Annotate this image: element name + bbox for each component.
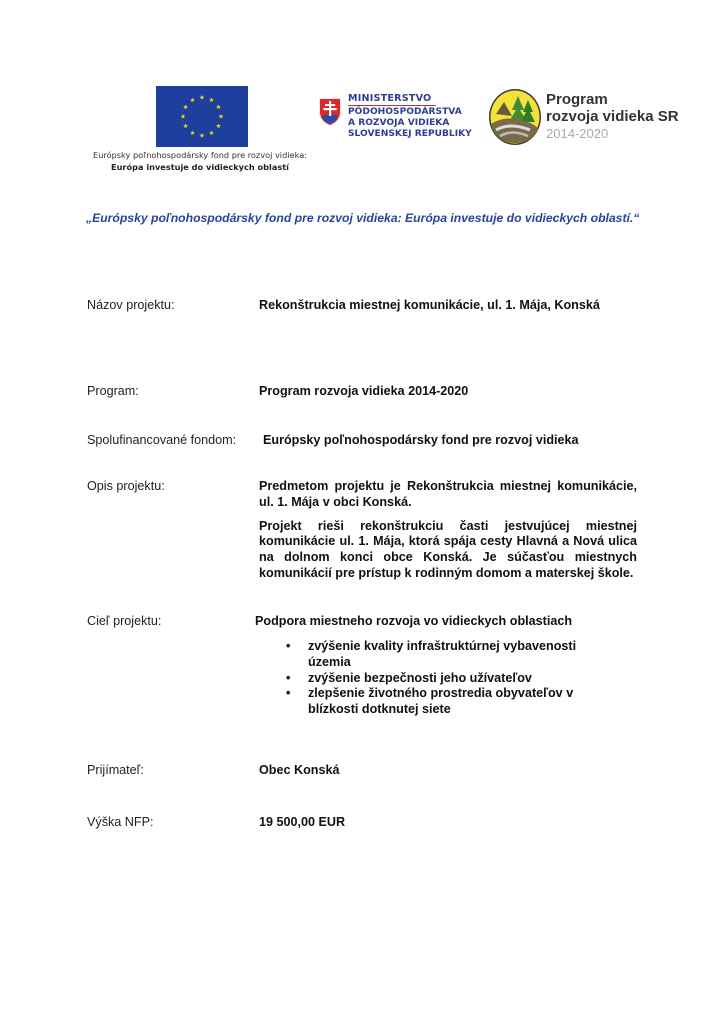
list-item: zvýšenie kvality infraštruktúrnej vybave… [286, 639, 606, 671]
goals-list: zvýšenie kvality infraštruktúrnej vybave… [286, 639, 606, 718]
field-value: Program rozvoja vidieka 2014-2020 [259, 384, 468, 400]
ministry-divider [348, 105, 436, 106]
field-label: Program: [87, 384, 139, 400]
field-label: Výška NFP: [87, 815, 153, 831]
ministry-subtitle: PÔDOHOSPODÁRSTVA A ROZVOJA VIDIEKA SLOVE… [348, 107, 472, 140]
field-value: Podpora miestneho rozvoja vo vidieckych … [255, 614, 572, 630]
eu-flag-icon [156, 86, 248, 147]
prv-title-line1: Program [546, 91, 608, 108]
ministry-line: SLOVENSKEJ REPUBLIKY [348, 129, 472, 140]
field-label: Opis projektu: [87, 479, 165, 495]
logo-header: Európsky poľnohospodársky fond pre rozvo… [0, 0, 724, 190]
slovak-coat-of-arms-icon [318, 97, 342, 127]
list-item: zvýšenie bezpečnosti jeho užívateľov [286, 671, 606, 687]
field-value: Rekonštrukcia miestnej komunikácie, ul. … [259, 298, 600, 314]
field-value: Obec Konská [259, 763, 340, 779]
field-label: Cieľ projektu: [87, 614, 161, 630]
prv-title-line2: rozvoja vidieka SR [546, 108, 679, 125]
ministry-line: PÔDOHOSPODÁRSTVA [348, 107, 472, 118]
slogan: „Európsky poľnohospodársky fond pre rozv… [86, 211, 639, 225]
description-paragraph: Projekt rieši rekonštrukciu časti jestvu… [259, 519, 637, 582]
program-rozvoja-vidieka-badge-icon [488, 88, 542, 146]
eu-caption-line2: Európa investuje do vidieckych oblastí [82, 161, 318, 173]
field-value: 19 500,00 EUR [259, 815, 345, 831]
field-label: Spolufinancované fondom: [87, 433, 236, 449]
list-item: zlepšenie životného prostredia obyvateľo… [286, 686, 606, 718]
description-paragraph: Predmetom projektu je Rekonštrukcia mies… [259, 479, 637, 511]
ministry-title: MINISTERSTVO [348, 93, 431, 104]
project-description: Predmetom projektu je Rekonštrukcia mies… [259, 479, 637, 590]
field-label: Názov projektu: [87, 298, 175, 314]
eu-caption-line1: Európsky poľnohospodársky fond pre rozvo… [82, 149, 318, 161]
prv-years: 2014-2020 [546, 126, 608, 141]
ministry-line: A ROZVOJA VIDIEKA [348, 118, 472, 129]
eu-caption: Európsky poľnohospodársky fond pre rozvo… [82, 149, 318, 173]
field-value: Európsky poľnohospodársky fond pre rozvo… [263, 433, 579, 449]
field-label: Prijímateľ: [87, 763, 144, 779]
